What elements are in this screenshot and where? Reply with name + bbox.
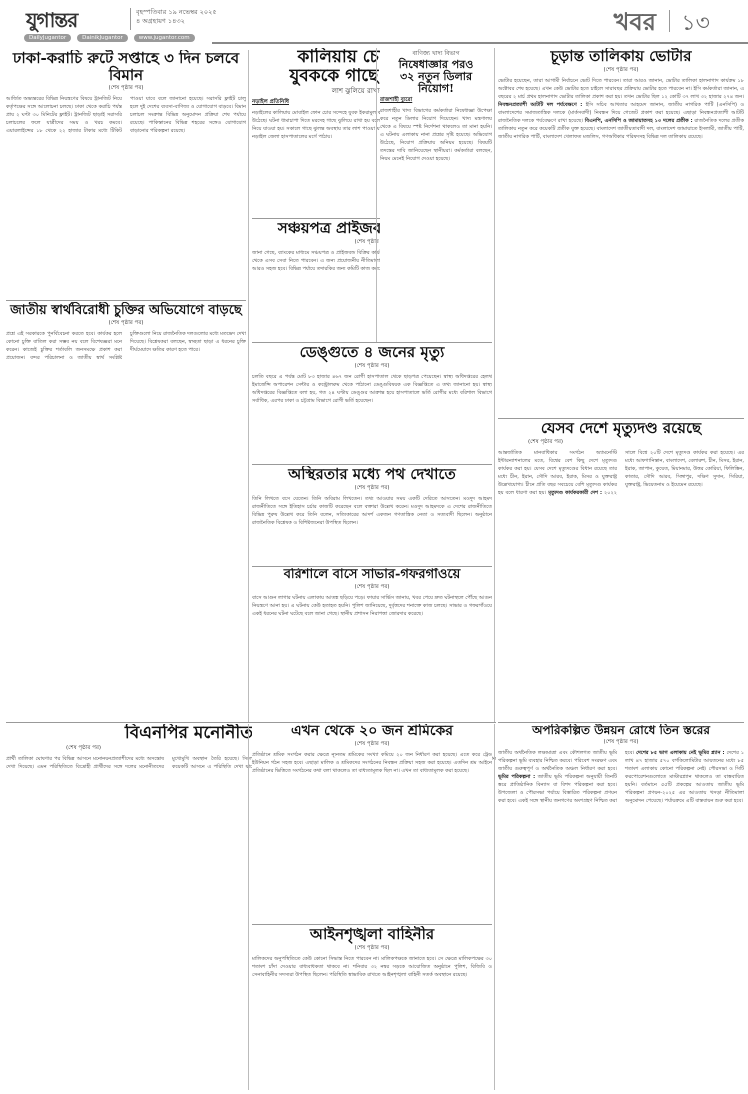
continued-label: (শেষ পৃষ্ঠার পর) [252,945,492,953]
byline: রাজশাহী ব্যুরো [380,97,492,105]
subheading: দেশের ৮৫ ভাগ এলাকায় নেই ভূমির প্ল্যান : [636,750,724,756]
divider [6,722,496,723]
headline: ঢাকা-করাচি রুটে সপ্তাহে ৩ দিন চলবে বিমান [6,50,246,83]
continued-label: (শেষ পৃষ্ঠার পর) [498,439,744,447]
headline: আইনশৃঙ্খলা বাহিনীর [252,926,492,943]
subheading: নিবন্ধনপ্রত্যাশী আটটি দল পর্যবেক্ষণে : [498,102,582,108]
continued-label: (শেষ পৃষ্ঠার পর) [6,85,246,93]
body-text: ২০২২ সালে বিশ্বে ২০টি দেশে মৃত্যুদণ্ড কা… [604,450,744,496]
subheading: ভূমির পরিকল্পনা : [498,774,535,780]
headline: যেসব দেশে মৃত্যুদণ্ড রয়েছে [498,420,744,437]
article-body: ভোটার হয়েছেন, তারা আগামী নির্বাচনে ভোট … [498,77,744,141]
masthead: যুগান্তর বৃহস্পতিবার ১৯ নভেম্বর ২০২৫ ৪ অ… [0,0,748,48]
article-body: আর্জিত অভ্যন্তরের বিভিন্ন নিয়ন্ত্রণের ব… [6,95,246,135]
body-text: জাতীয় অর্থনৈতিক লক্ষ্যমাত্রা এবং কৌশলগত… [498,750,617,772]
social-twitter-link[interactable]: DailyJugantor [24,34,71,42]
column-divider [494,48,495,722]
article-osthirota: অস্থিরতার মধ্যে পথ দেখাতে (শেষ পৃষ্ঠার প… [252,466,492,566]
column-divider [248,50,249,722]
article-body: আন্তর্জাতিক মানবাধিকার সংগঠন অ্যামনেস্টি… [498,449,744,497]
social-facebook-link[interactable]: DainikJugantor [77,34,128,42]
page-number: ১৩ [681,6,710,43]
headline: অস্থিরতার মধ্যে পথ দেখাতে [252,466,492,483]
divider [252,566,492,567]
continued-label: (শেষ পৃষ্ঠার পর) [252,485,492,493]
headline: এখন থেকে ২০ জন শ্রমিকের [252,724,492,739]
article-body: মালিকদের অনুপস্থিতিতে কেউ কোনো সিদ্ধান্ত… [252,955,492,979]
article-body: তিনি লিখতে বসে যেতেন। তিনি অবিরাম লিখতেন… [252,495,492,527]
article-unplanned-development: অপরিকল্পিত উন্নয়ন রোধে তিন স্তরের (শেষ … [498,724,744,1090]
date-bengali: ৪ অগ্রহায়ণ ১৪৩২ [136,17,217,26]
article-barishal: বরিশালে বাসে সাভার-গফরগাঁওয়ে (শেষ পৃষ্ঠ… [252,568,492,722]
social-links: DailyJugantor DainikJugantor www.juganto… [24,34,195,42]
divider [498,418,744,419]
headline: ডেঙ্গুতে ৪ জনের মৃত্যু [252,344,492,361]
column-divider [248,724,249,1090]
headline: জাতীয় স্বার্থবিরোধী চুক্তির অভিযোগে বাড… [6,304,246,318]
headline: অপরিকল্পিত উন্নয়ন রোধে তিন স্তরের [498,724,744,737]
article-body: জাতীয় অর্থনৈতিক লক্ষ্যমাত্রা এবং কৌশলগত… [498,749,744,805]
continued-label: (শেষ পৃষ্ঠার পর) [498,739,744,747]
article-voter-list: চূড়ান্ত তালিকায় ভোটার (শেষ পৃষ্ঠার পর)… [498,48,744,416]
article-body: চলতি বছরে এ পর্যন্ত মোট ৮৩ হাজার ৪৬৭ জন … [252,373,492,405]
article-jatiyo-chukti: জাতীয় স্বার্থবিরোধী চুক্তির অভিযোগে বাড… [6,302,246,722]
article-law-enforcement: আইনশৃঙ্খলা বাহিনীর (শেষ পৃষ্ঠার পর) মালি… [252,926,492,1090]
continued-label: (শেষ পৃষ্ঠার পর) [252,363,492,371]
website-link[interactable]: www.jugantor.com [134,34,195,42]
divider [498,722,744,723]
headline-line3: নিয়োগ! [380,83,492,95]
continued-label: (শেষ পৃষ্ঠার পর) [6,320,246,328]
continued-label: (শেষ পৃষ্ঠার পর) [252,584,492,592]
article-workers: এখন থেকে ২০ জন শ্রমিকের (শেষ পৃষ্ঠার পর)… [252,724,492,924]
divider [252,924,492,925]
column-divider [376,48,377,342]
headline: চূড়ান্ত তালিকায় ভোটার [498,48,744,65]
body-text: দেশের ১ লাখ ৪৭ হাজার ৫৭০ বর্গকিলোমিটার আ… [625,750,744,804]
column-divider [494,724,495,1090]
issue-date: বৃহস্পতিবার ১৯ নভেম্বর ২০২৫ ৪ অগ্রহায়ণ … [136,8,217,26]
article-dhaka-karachi: ঢাকা-করাচি রুটে সপ্তাহে ৩ দিন চলবে বিমান… [6,50,246,300]
subheading: বিএনপি, এনসিপি ও জামায়াতসহ ১৩ দলের প্রত… [585,118,693,124]
article-body: রাজশাহীর খাদ্য বিভাগের কর্মকর্তারা নিষেধ… [380,107,492,163]
article-dealer-appointment: বাণিজ্য খাদ্য বিভাগ নিষেধাজ্ঞার পরও ৩২ ন… [380,48,492,342]
article-body: প্রশ্নে এই সরকারকে পুনর্বিবেচনা করতে হবে… [6,330,246,362]
divider [252,464,492,465]
date-gregorian: বৃহস্পতিবার ১৯ নভেম্বর ২০২৫ [136,8,217,17]
divider [6,300,246,301]
divider [669,10,670,32]
article-body: বাসে আগুন লাগার ঘটনায় এলাকায় আতঙ্ক ছড়… [252,594,492,618]
continued-label: (শেষ পৃষ্ঠার পর) [498,67,744,75]
body-text: ভোটার হয়েছেন, তারা আগামী নির্বাচনে ভোট … [498,78,744,100]
article-body: প্রতিষ্ঠানে শ্রমিক সংগঠন করার ক্ষেত্রে ন… [252,751,492,775]
divider [252,342,492,343]
headline: বরিশালে বাসে সাভার-গফরগাঁওয়ে [252,568,492,582]
subheading: মৃত্যুদণ্ড কার্যকরকারী দেশ : [548,490,602,496]
article-dengue: ডেঙ্গুতে ৪ জনের মৃত্যু (শেষ পৃষ্ঠার পর) … [252,344,492,464]
header-rule [212,42,748,44]
section-title: খবর [614,4,656,44]
article-death-penalty: যেসব দেশে মৃত্যুদণ্ড রয়েছে (শেষ পৃষ্ঠার… [498,420,744,720]
divider [130,8,131,30]
continued-label: (শেষ পৃষ্ঠার পর) [252,741,492,749]
